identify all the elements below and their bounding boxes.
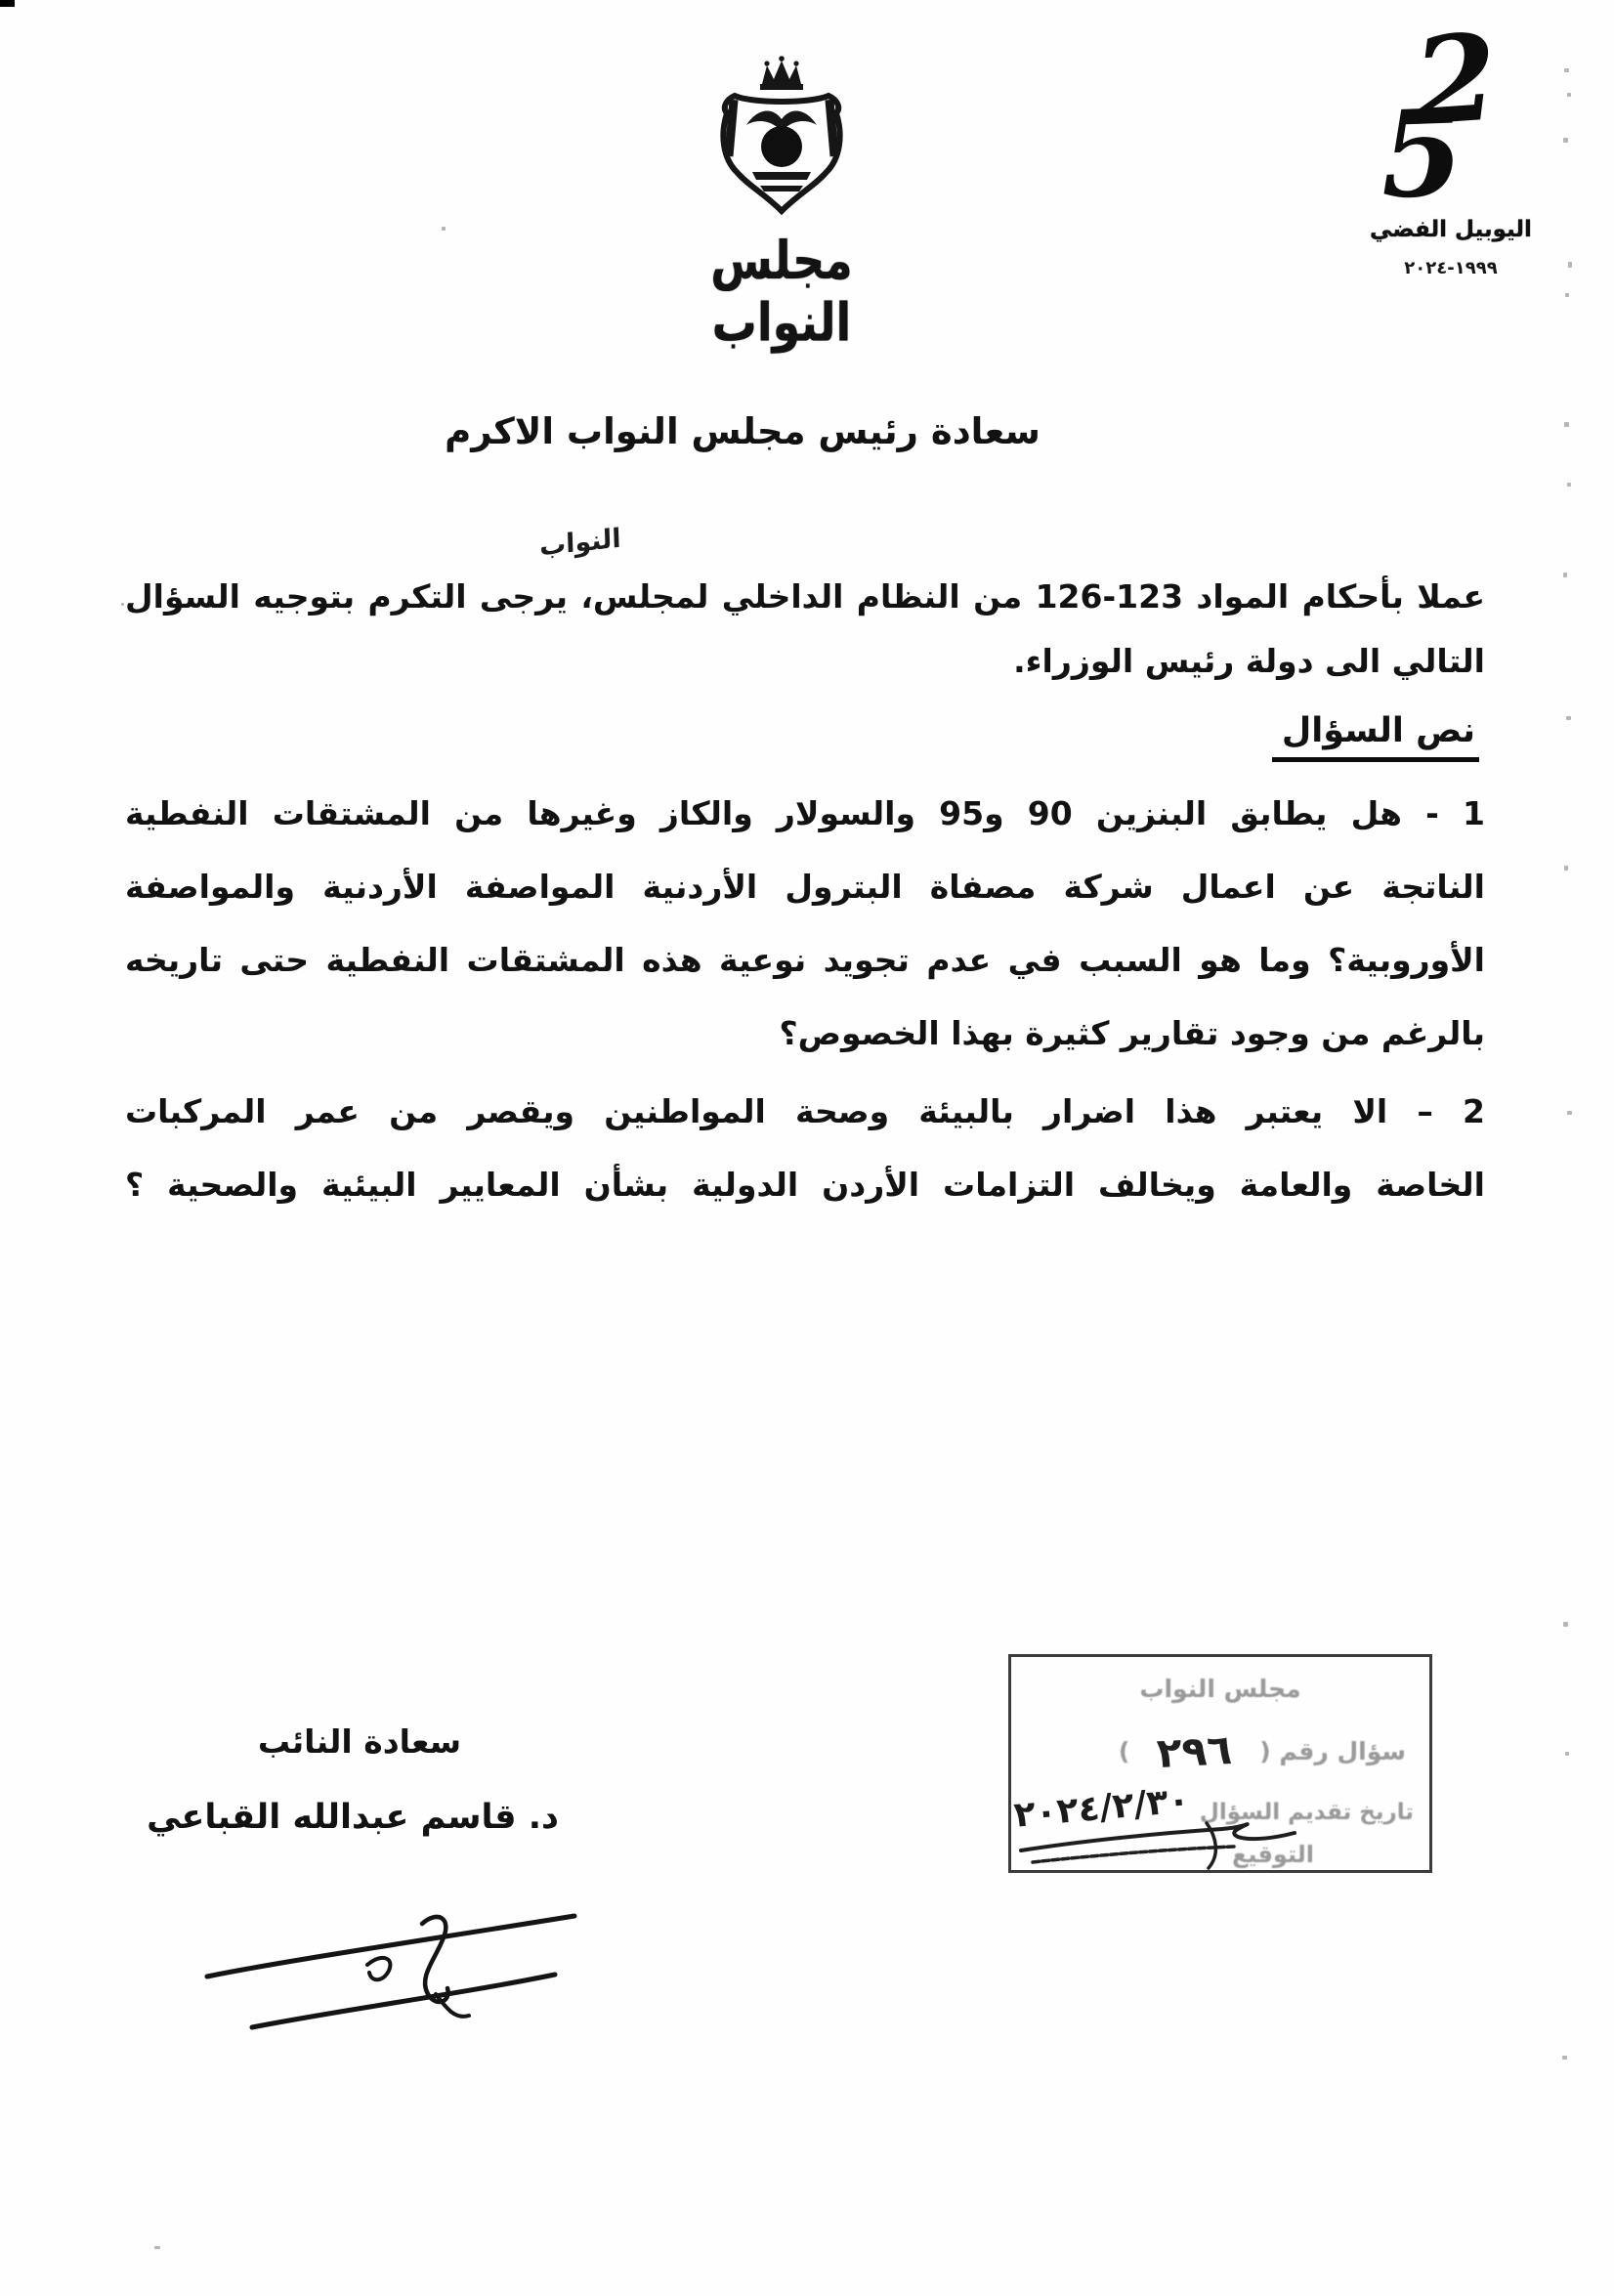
scan-speck xyxy=(1563,573,1567,577)
intro-line: التالي الى دولة رئيس الوزراء. xyxy=(125,629,1485,694)
question-2: 2 – الا يعتبر هذا اضرار بالبيئة وصحة الم… xyxy=(125,1075,1485,1221)
signature-scrawl-icon xyxy=(195,1900,586,2047)
question-line: الخاصة والعامة ويخالف التزامات الأردن ال… xyxy=(125,1148,1485,1221)
scan-speck xyxy=(1564,866,1568,871)
signatory-role: سعادة النائب xyxy=(233,1722,487,1761)
question-line: 2 – الا يعتبر هذا اضرار بالبيئة وصحة الم… xyxy=(125,1075,1485,1148)
scan-speck xyxy=(442,227,446,231)
scan-speck xyxy=(1568,262,1572,268)
scan-speck xyxy=(1565,1752,1569,1756)
scan-speck xyxy=(1565,293,1569,297)
emblem-caption: مجلس النواب xyxy=(635,229,928,353)
scanned-letter-page: مجلس النواب 2 5 اليوبيل الفضي ١٩٩٩-٢٠٢٤ … xyxy=(0,0,1614,2296)
scan-speck xyxy=(1567,1111,1572,1115)
stamp-question-number: ٢٩٦ xyxy=(1156,1725,1233,1777)
stamp-question-close: ) xyxy=(1119,1737,1129,1765)
question-line: الناتجة عن اعمال شركة مصفاة البترول الأر… xyxy=(125,850,1485,923)
jubilee-years: ١٩٩٩-٢٠٢٤ xyxy=(1363,258,1539,278)
question-1: 1 - هل يطابق البنزين 90 و95 والسولار وال… xyxy=(125,777,1485,1070)
scan-corner-mark xyxy=(0,0,15,7)
salutation-line: سعادة رئيس مجلس النواب الاكرم xyxy=(410,410,1075,452)
stamp-question-label: سؤال رقم ( xyxy=(1259,1737,1406,1765)
stamp-box: مجلس النواب سؤال رقم ( ٢٩٦ ) تاريخ تقديم… xyxy=(1008,1654,1432,1873)
scan-speck xyxy=(1566,716,1571,720)
scan-speck xyxy=(121,603,124,606)
jubilee-logo: 2 5 اليوبيل الفضي ١٩٩٩-٢٠٢٤ xyxy=(1363,14,1539,297)
royal-emblem-icon xyxy=(711,55,852,233)
stamp-signature-scrawl-icon xyxy=(1015,1806,1308,1874)
question-line: 1 - هل يطابق البنزين 90 و95 والسولار وال… xyxy=(125,777,1485,850)
question-line: الأوروبية؟ وما هو السبب في عدم تجويد نوع… xyxy=(125,923,1485,997)
jubilee-title: اليوبيل الفضي xyxy=(1363,217,1539,242)
intro-line: عملا بأحكام المواد 123-126 من النظام الد… xyxy=(125,565,1485,629)
question-line: بالرغم من وجود تقارير كثيرة بهذا الخصوص؟ xyxy=(125,997,1485,1070)
scan-speck xyxy=(1567,483,1571,487)
question-heading: نص السؤال xyxy=(1272,711,1479,762)
scan-speck xyxy=(1563,138,1568,143)
handwritten-insert: النواب xyxy=(539,524,621,563)
scan-speck xyxy=(1564,68,1569,72)
signatory-name: د. قاسم عبدالله القباعي xyxy=(158,1798,559,1837)
scan-speck xyxy=(1564,422,1569,427)
scan-speck xyxy=(1567,93,1571,97)
intro-paragraph: عملا بأحكام المواد 123-126 من النظام الد… xyxy=(125,565,1485,694)
scan-speck xyxy=(1563,1622,1568,1627)
scan-speck xyxy=(1562,2056,1567,2060)
stamp-question-row: سؤال رقم ( ٢٩٦ ) xyxy=(1119,1727,1406,1775)
stamp-org: مجلس النواب xyxy=(1050,1675,1390,1703)
jubilee-digit-5: 5 xyxy=(1379,93,1465,215)
scan-speck xyxy=(154,2246,160,2249)
